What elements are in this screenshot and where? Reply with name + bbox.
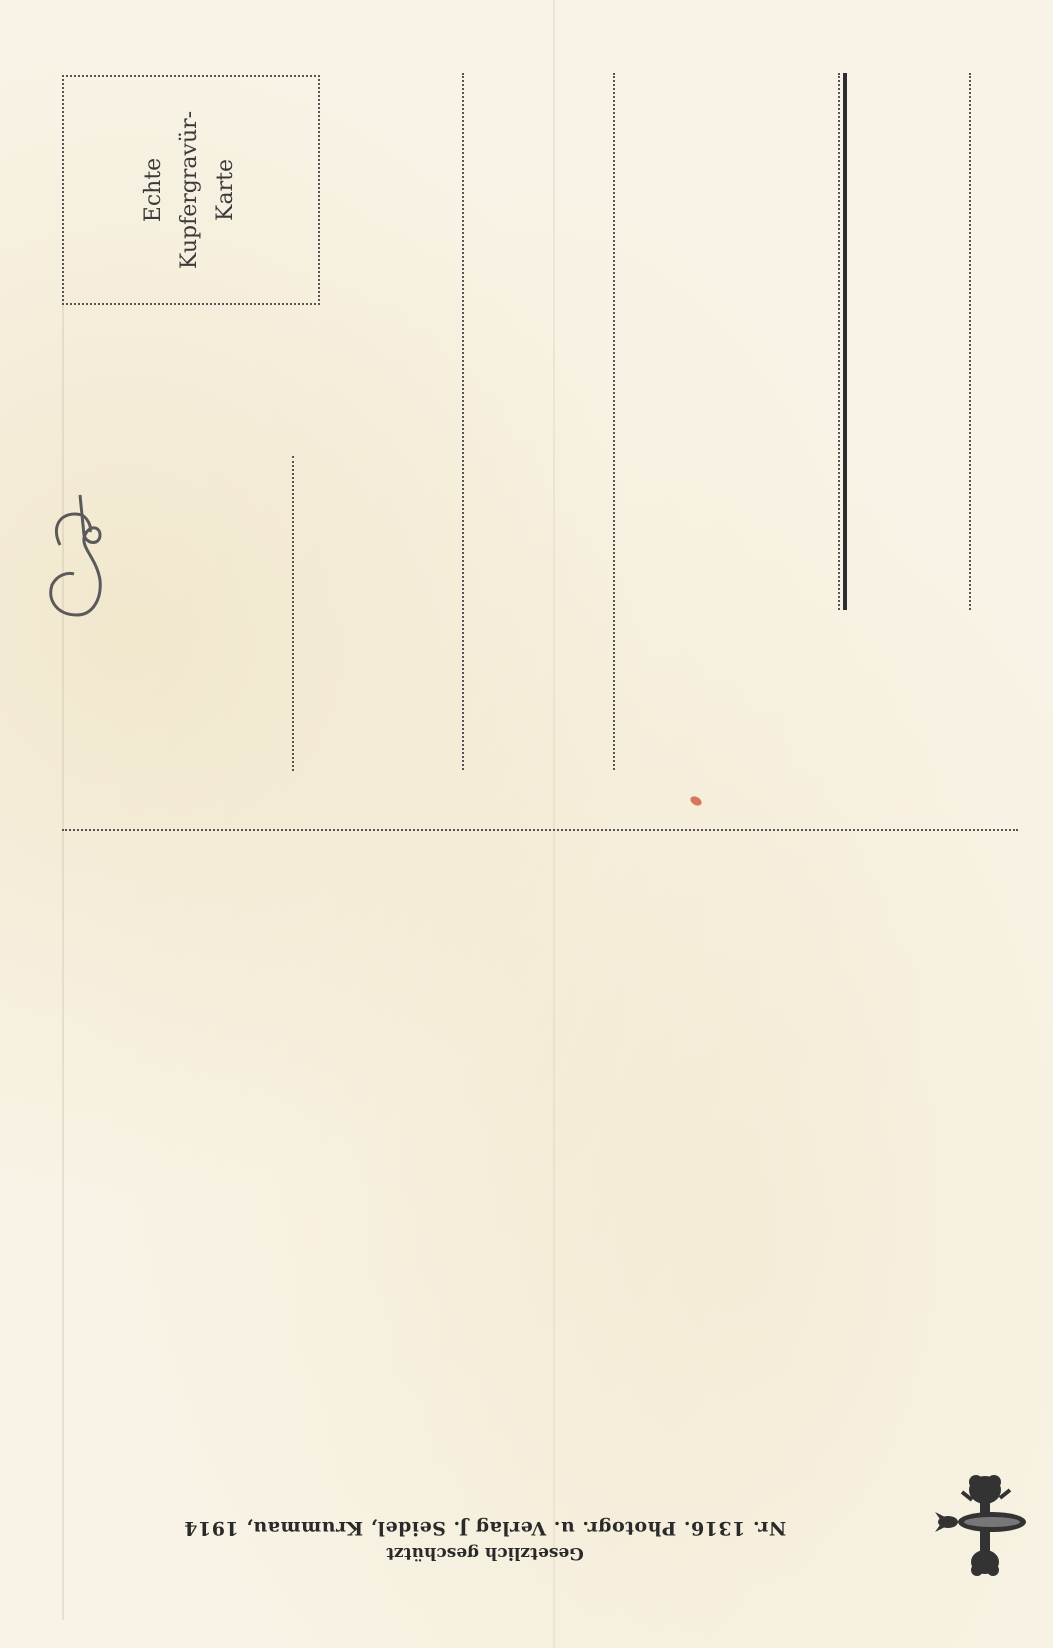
- address-line-1: [462, 73, 464, 770]
- handwritten-mark: [42, 490, 112, 630]
- publisher-imprint: Gesetzlich geschützt Nr. 1316. Photogr. …: [140, 1515, 830, 1565]
- address-line-4: [969, 73, 971, 610]
- address-line-3: [838, 73, 840, 610]
- stamp-box-label: Echte Kupfergravür- Karte: [136, 111, 244, 269]
- red-stain: [689, 795, 703, 808]
- imprint-copyright: Gesetzlich geschützt: [140, 1541, 830, 1565]
- imprint-publisher: Nr. 1316. Photogr. u. Verlag J. Seidel, …: [140, 1515, 830, 1541]
- postcard-back: Echte Kupfergravür- Karte Gesetzlich ges…: [0, 0, 1053, 1648]
- stamp-label-line-2: Kupfergravür-: [172, 111, 208, 269]
- publisher-emblem-icon: [930, 1470, 1040, 1580]
- center-fold: [553, 0, 555, 1648]
- address-underline-bold: [843, 73, 847, 610]
- divider-dotted-line: [62, 829, 1018, 831]
- short-dotted-line: [292, 456, 294, 771]
- address-line-2: [613, 73, 615, 770]
- stamp-label-line-1: Echte: [136, 111, 172, 269]
- stamp-label-line-3: Karte: [208, 111, 244, 269]
